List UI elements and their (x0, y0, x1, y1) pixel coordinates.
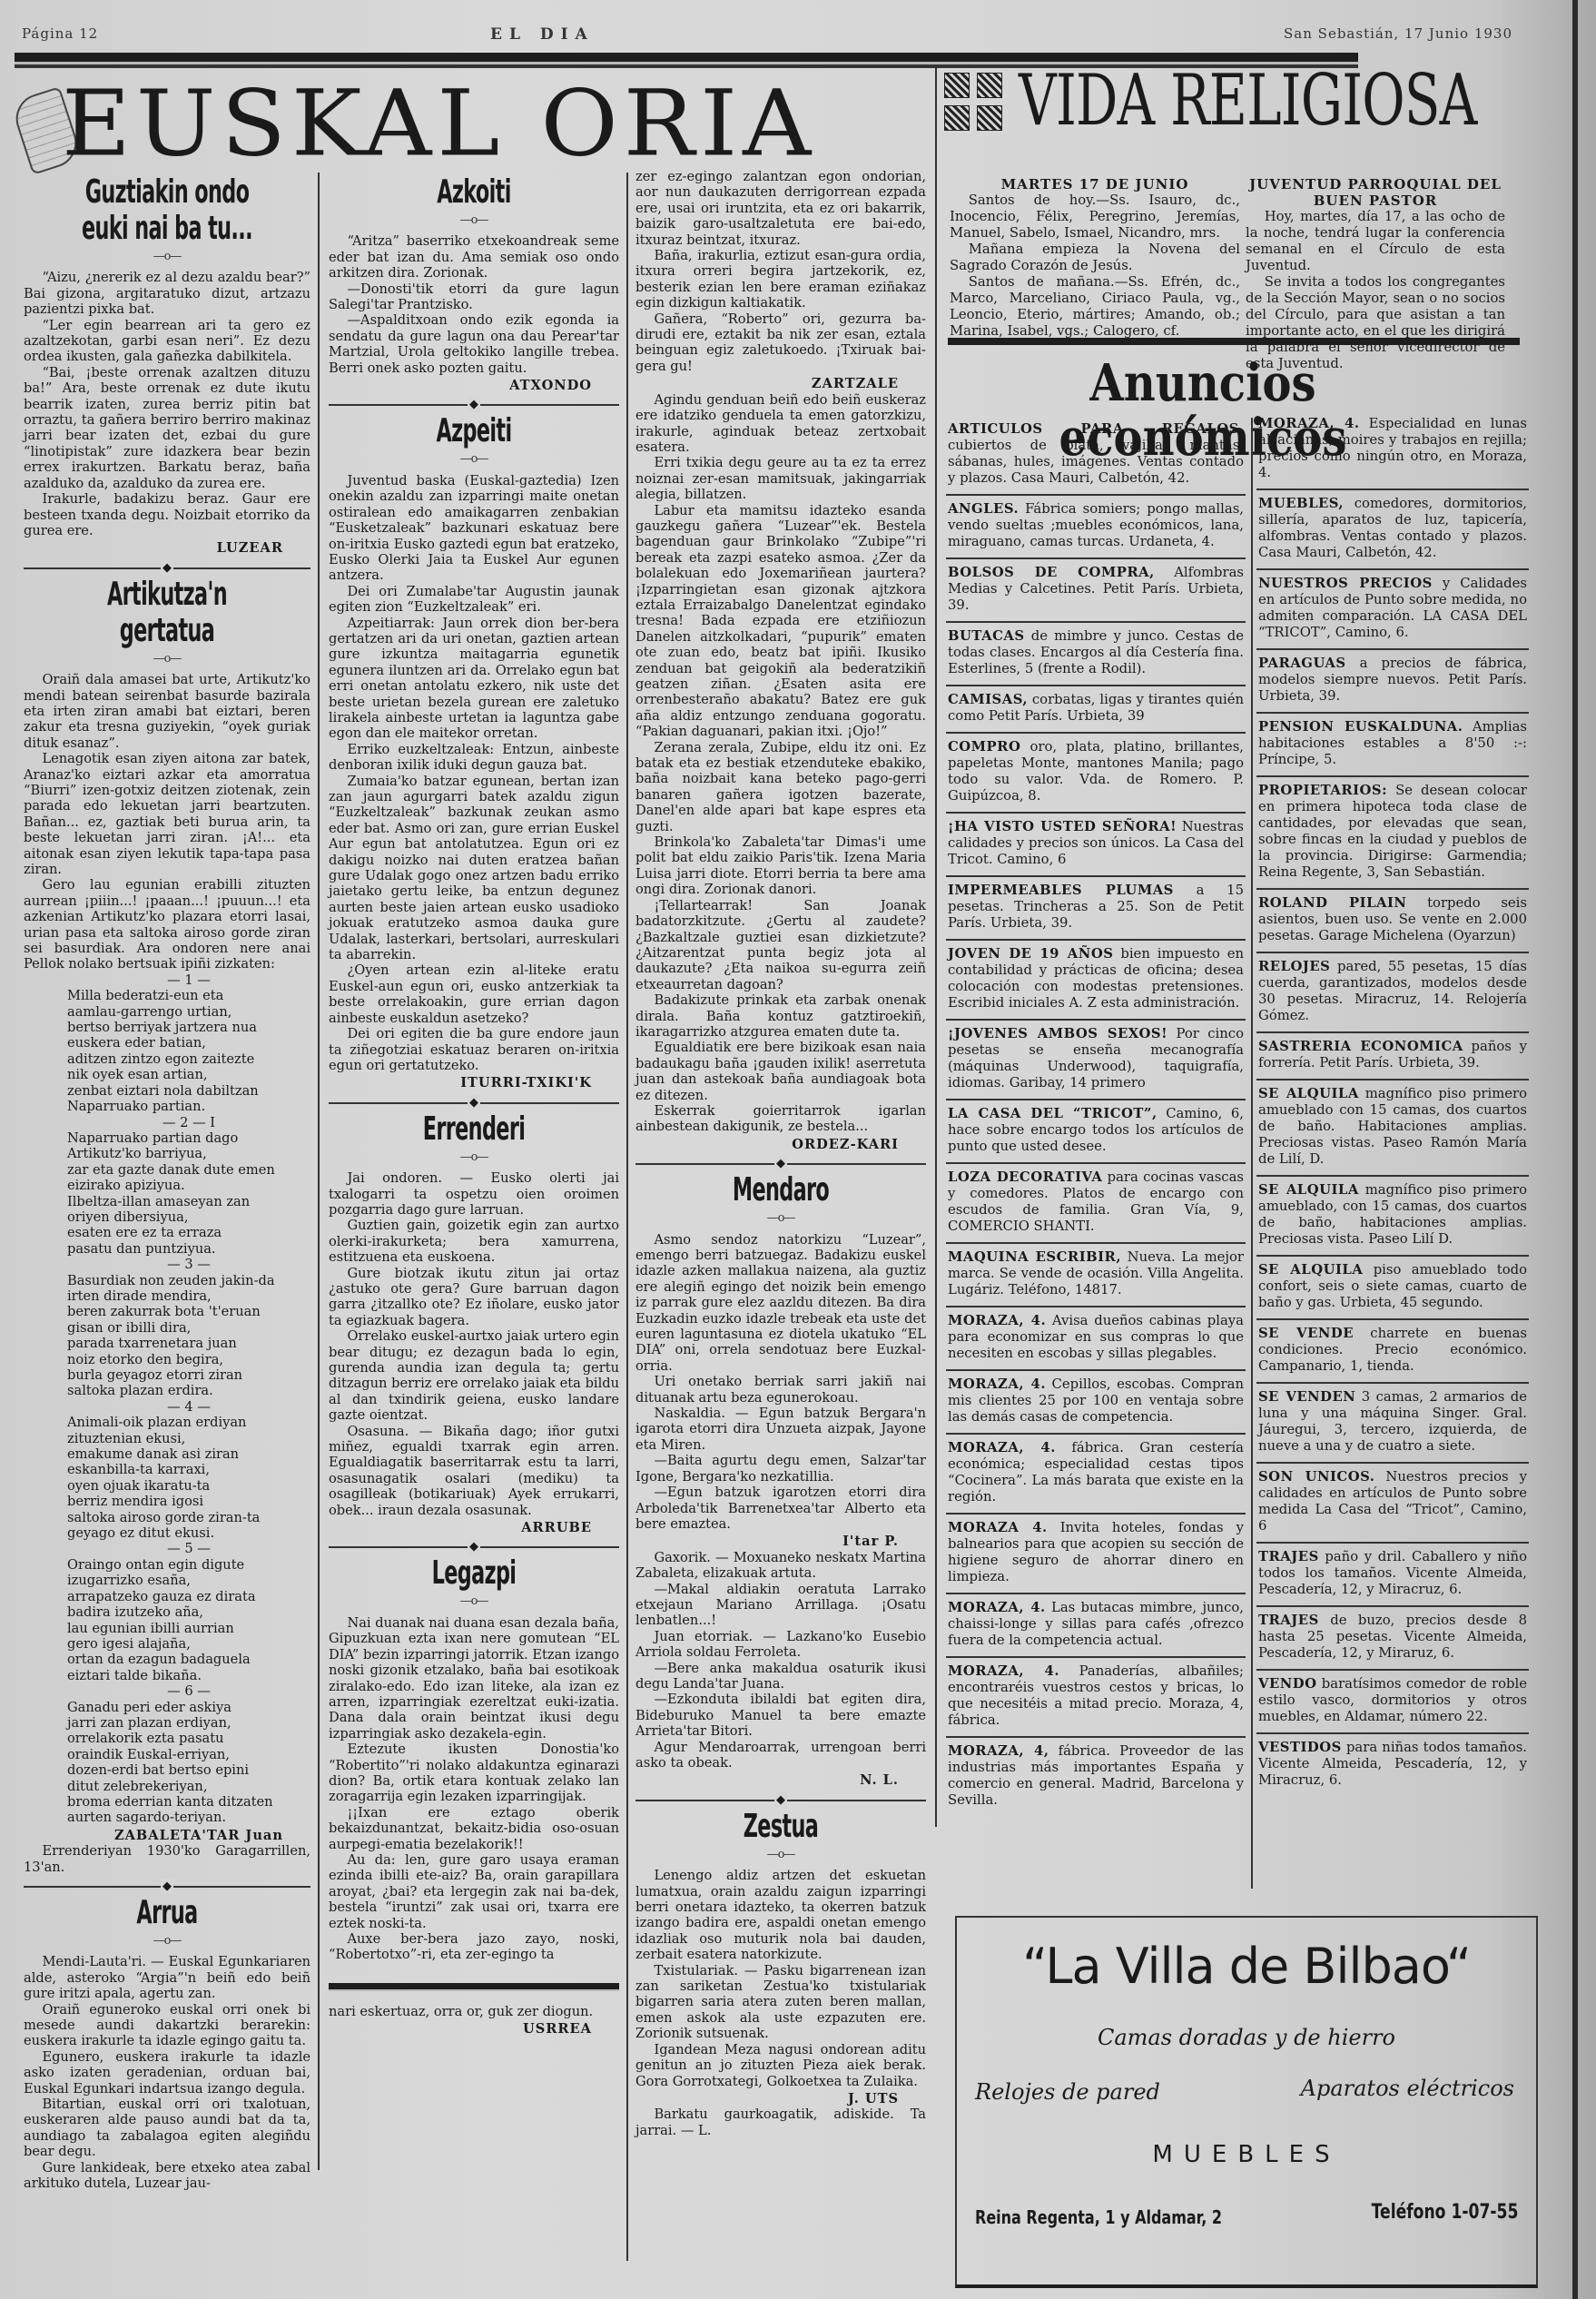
verse-line: Oraingo ontan egin digute (67, 1557, 310, 1573)
classified-ad: MAQUINA ESCRIBIR, Nueva. La mejor marca.… (946, 1244, 1246, 1307)
article-body: Lenengo aldiz artzen det eskuetan lumatx… (635, 1868, 926, 2089)
paragraph: Igandean Meza nagusi ondorean aditu geni… (635, 2042, 926, 2089)
section-title: VIDA RELIGIOSA (1019, 60, 1477, 142)
paragraph: Santos de mañana.—Ss. Efrén, dc., Marco,… (950, 274, 1240, 340)
ad-lead: MUEBLES, (1258, 496, 1344, 511)
classified-ad: MORAZA, 4. Especialidad en lunas alsacia… (1256, 410, 1529, 490)
verse-line: saltoka plazan erdira. (67, 1383, 310, 1398)
ad-lead: ¡JOVENES AMBOS SEXOS! (948, 1026, 1167, 1041)
ad-lead: LOZA DECORATIVA (948, 1169, 1102, 1185)
verse-number: — 2 — I (67, 1115, 310, 1130)
ad-lead: SE ALQUILA (1258, 1086, 1359, 1101)
paragraph: —Aspalditxoan ondo ezik egonda ia sendat… (329, 312, 619, 376)
article-body: Nai duanak nai duana esan dezala baña, G… (329, 1615, 619, 1963)
ad-lead: MORAZA, 4. (948, 1313, 1046, 1328)
verse-line: zituztenian ekusi, (67, 1431, 310, 1446)
paragraph: Zumaia'ko batzar egunean, bertan izan za… (329, 774, 619, 963)
verse-line: zar eta gazte danak dute emen (67, 1162, 310, 1178)
verse-line: noiz etorko den begira, (67, 1352, 310, 1367)
ornament: —o— (329, 1149, 619, 1165)
ad-lead: MORAZA, 4. (948, 1376, 1046, 1392)
signature: ATXONDO (329, 378, 619, 393)
ad-lead: LA CASA DEL “TRICOT”, (948, 1106, 1158, 1121)
divider (329, 1546, 619, 1548)
article-body: Mendi-Lauta'ri. — Euskal Egunkariaren al… (24, 1954, 310, 2191)
ad-text: cubiertos de plata, vajilla., mantas, sá… (948, 438, 1244, 486)
ad-lead: MAQUINA ESCRIBIR, (948, 1249, 1121, 1265)
classified-ad: MORAZA, 4. Panaderías, albañiles; encont… (946, 1658, 1246, 1738)
ad-lead: SON UNICOS. (1258, 1469, 1374, 1485)
verse-line: Naparruako partian. (67, 1099, 310, 1114)
verse-line: esaten ere ez ta erraza (67, 1225, 310, 1240)
verse-line: geyago ez ditut ekusi. (67, 1525, 310, 1541)
paragraph: Oraiñ eguneroko euskal orri onek bi mese… (24, 2002, 310, 2049)
ad-lead: MORAZA, 4. (948, 1440, 1056, 1455)
divider (329, 404, 619, 406)
column-rule (935, 65, 937, 1827)
ad-line: MUEBLES (957, 2141, 1536, 2168)
ornament: —o— (329, 451, 619, 467)
ornament: —o— (24, 1933, 310, 1949)
paragraph: Mendi-Lauta'ri. — Euskal Egunkariaren al… (24, 1954, 310, 2001)
display-ad-la-villa-de-bilbao: “La Villa de Bilbao“ Camas doradas y de … (955, 1916, 1538, 2288)
verse-line: aditzen zintzo egon zaitezte (67, 1051, 310, 1067)
paragraph: Gure lankideak, bere etxeko atea zabal a… (24, 2160, 310, 2192)
verse-line: oriyen dibersiyua, (67, 1209, 310, 1225)
signature: ARRUBE (329, 1520, 619, 1535)
classified-ad: TRAJES paño y dril. Caballero y niño tod… (1256, 1544, 1529, 1607)
paragraph: Egunero, euskera irakurle ta idazle asko… (24, 2049, 310, 2097)
classified-ad: ROLAND PILAIN torpedo seis asientos, bue… (1256, 890, 1529, 953)
article-body: zer ez-egingo zalantzan egon ondorian, a… (635, 169, 926, 374)
classified-ad: ¡HA VISTO USTED SEÑORA! Nuestras calidad… (946, 814, 1246, 877)
classified-ad: MORAZA, 4. fábrica. Gran cestería económ… (946, 1435, 1246, 1515)
ornament: —o— (635, 1210, 926, 1226)
ad-lead: SE ALQUILA (1258, 1182, 1359, 1198)
ad-lead: SASTRERIA ECONOMICA (1258, 1039, 1463, 1054)
classified-ad: MORAZA, 4. Las butacas mimbre, junco, ch… (946, 1594, 1246, 1658)
euskal-oria-masthead: EUSKAL ORIA (13, 71, 921, 171)
ad-lead: VENDO (1258, 1676, 1317, 1692)
paragraph: ¿Oyen artean ezin al-liteke eratu Euskel… (329, 962, 619, 1026)
notice-body: Hoy, martes, día 17, a las ocho de la no… (1246, 209, 1505, 372)
classified-ad: MORAZA 4. Invita hoteles, fondas y balne… (946, 1515, 1246, 1594)
classified-ad: BUTACAS de mimbre y junco. Cestas de tod… (946, 623, 1246, 686)
classified-ad: PROPIETARIOS: Se desean colocar en prime… (1256, 777, 1529, 890)
verse-line: ditut zelebrekeriyan, (67, 1779, 310, 1794)
verse-line: irten dirade mendira, (67, 1288, 310, 1304)
verse-line: zenbat eiztari nola dabiltzan (67, 1083, 310, 1099)
paragraph: Gure biotzak ikutu zitun jai ortaz ¿astu… (329, 1266, 619, 1329)
paragraph: Agur Mendaroarrak, urrengoan berri asko … (635, 1740, 926, 1771)
religious-notice-left: MARTES 17 DE JUNIO Santos de hoy.—Ss. Is… (950, 176, 1240, 340)
paper-name: EL DIA (490, 25, 595, 44)
paragraph: “Aizu, ¿nererik ez al dezu azaldu bear?”… (24, 270, 310, 317)
ad-brand: “La Villa de Bilbao“ (957, 1938, 1536, 1995)
signature: USRREA (329, 2021, 619, 2037)
vida-religiosa-masthead: VIDA RELIGIOSA (944, 64, 1371, 163)
ad-lead: BOLSOS DE COMPRA, (948, 565, 1155, 580)
signature: ITURRI-TXIKI'K (329, 1075, 619, 1090)
divider (24, 1886, 310, 1888)
signature: LUZEAR (24, 540, 310, 556)
paragraph: Dei ori Zumalabe'tar Augustin jaunak egi… (329, 584, 619, 616)
classified-ad: ANGLES. Fábrica somiers; pongo mallas, v… (946, 496, 1246, 559)
page-number: Página 12 (22, 25, 98, 42)
classified-ad: VENDO baratísimos comedor de roble estil… (1256, 1671, 1529, 1734)
verse-line: badira izutzeko aña, (67, 1604, 310, 1620)
verse-line: Milla bederatzi-eun eta (67, 988, 310, 1003)
verse-line: dozen-erdi bat bertso epini (67, 1762, 310, 1778)
verse-line: ortan da ezagun badaguela (67, 1652, 310, 1667)
paragraph: Juventud baska (Euskal-gaztedia) Izen on… (329, 473, 619, 584)
ad-address: Reina Regenta, 1 y Aldamar, 2 (975, 2206, 1222, 2228)
paragraph: Brinkola'ko Zabaleta'tar Dimas'i ume pol… (635, 834, 926, 898)
paragraph: Au da: len, gure garo usaya eraman ezind… (329, 1852, 619, 1931)
verse-line: parada txarrenetara juan (67, 1336, 310, 1351)
paragraph: Zerana zerala, Zubipe, eldu itz oni. Ez … (635, 740, 926, 834)
article-body: Juventud baska (Euskal-gaztedia) Izen on… (329, 473, 619, 1073)
verse-line: Animali-oik plazan erdiyan (67, 1415, 310, 1430)
ad-lead: CAMISAS, (948, 692, 1028, 707)
verse-line: arrapatzeko gauza ez dirata (67, 1589, 310, 1604)
verse-line: eiztari talde bikaña. (67, 1668, 310, 1683)
paragraph: Hoy, martes, día 17, a las ocho de la no… (1246, 209, 1505, 274)
verse-number: — 5 — (67, 1541, 310, 1556)
paragraph: Osasuna. — Bikaña dago; iñor gutxi miñez… (329, 1424, 619, 1518)
article-footer: Errenderiyan 1930'ko Garagarrillen, 13'a… (24, 1843, 310, 1875)
signature: J. UTS (635, 2091, 926, 2107)
article-continuation: nari eskertuaz, orra or, guk zer diogun. (329, 2004, 619, 2019)
classified-ad: SE ALQUILA magnífico piso primero amuebl… (1256, 1080, 1529, 1177)
classified-ad: VESTIDOS para niñas todos tamaños. Vicen… (1256, 1734, 1529, 1796)
ad-lead: TRAJES (1258, 1613, 1319, 1628)
paragraph: Auxe ber-bera jazo zayo, noski, “Roberto… (329, 1931, 619, 1963)
ad-lead: ANGLES. (948, 501, 1019, 517)
ad-lead: PENSION EUSKALDUNA. (1258, 719, 1463, 735)
ad-phone: Teléfono 1-07-55 (1371, 2201, 1518, 2224)
headline: Arrua (78, 1895, 256, 1931)
paragraph: Erriko euzkeltzaleak: Entzun, ainbeste d… (329, 742, 619, 774)
notice-body: Santos de hoy.—Ss. Isauro, dc., Inocenci… (950, 192, 1240, 340)
verse-line: emakume danak asi ziran (67, 1446, 310, 1462)
paragraph: —Ezkonduta ibilaldi bat egiten dira, Bid… (635, 1692, 926, 1739)
notice-heading: MARTES 17 DE JUNIO (950, 176, 1240, 192)
verse-line: aamlau-garrengo urtian, (67, 1004, 310, 1020)
ad-lead: VESTIDOS (1258, 1740, 1342, 1755)
classified-ad: LOZA DECORATIVA para cocinas vascas y co… (946, 1164, 1246, 1244)
ad-lead: ARTICULOS PARA REGALOS, (948, 421, 1244, 437)
headline: Artikutza'n gertatua (78, 577, 256, 649)
classified-ad: MORAZA, 4. Cepillos, escobas. Compran mi… (946, 1371, 1246, 1435)
verse-line: Ganadu peri eder askiya (67, 1700, 310, 1715)
classified-ad: LA CASA DEL “TRICOT”, Camino, 6, hace so… (946, 1100, 1246, 1164)
article-body: Agindu genduan beiñ edo beiñ euskeraz er… (635, 392, 926, 1135)
classified-ad: ARTICULOS PARA REGALOS, cubiertos de pla… (946, 416, 1246, 496)
paragraph: Gañera, “Roberto” ori, gezurra ba-dirudi… (635, 311, 926, 375)
classified-ad: IMPERMEABLES PLUMAS a 15 pesetas. Trinch… (946, 877, 1246, 941)
notice-heading: JUVENTUD PARROQUIAL DEL BUEN PASTOR (1246, 176, 1505, 209)
classified-ad: CAMISAS, corbatas, ligas y tirantes quié… (946, 686, 1246, 734)
paragraph: ¡Tellartearrak! San Joanak badatorzkitzu… (635, 898, 926, 992)
paragraph: —Donosti'tik etorri da gure lagun Salegi… (329, 281, 619, 313)
paragraph: Lenagotik esan ziyen aitona zar batek, A… (24, 751, 310, 877)
headline: Mendaro (691, 1172, 871, 1209)
verse-line: berriz mendira igosi (67, 1494, 310, 1509)
verse-line: eizirako apiziyua. (67, 1178, 310, 1193)
verse-line: aurten sagardo-teriyan. (67, 1810, 310, 1825)
paragraph: Lenengo aldiz artzen det eskuetan lumatx… (635, 1868, 926, 1962)
paragraph: —Baita agurtu degu emen, Salzar'tar Igon… (635, 1453, 926, 1485)
headline: Legazpi (384, 1555, 564, 1592)
classifieds-right: MORAZA, 4. Especialidad en lunas alsacia… (1256, 410, 1529, 1796)
ad-lead: MORAZA 4. (948, 1520, 1048, 1535)
paragraph: “Bai, ¡beste orrenak azaltzen dituzu ba!… (24, 365, 310, 491)
signature: ZARTZALE (635, 376, 926, 391)
classified-ad: SE VENDEN 3 camas, 2 armarios de luna y … (1256, 1384, 1529, 1464)
classified-ad: TRAJES de buzo, precios desde 8 hasta 25… (1256, 1607, 1529, 1671)
verse-number: — 1 — (67, 972, 310, 988)
ad-line: Camas doradas y de hierro (957, 2025, 1536, 2050)
paragraph: Asmo sendoz natorkizu “Luzear”, emengo b… (635, 1232, 926, 1375)
paragraph: Dei ori egiten die ba gure endore jaun t… (329, 1026, 619, 1073)
verse-line: oyen ojuak ikaratu-ta (67, 1478, 310, 1494)
column-3: zer ez-egingo zalantzan egon ondorian, a… (635, 169, 926, 2138)
paragraph: Agindu genduan beiñ edo beiñ euskeraz er… (635, 392, 926, 456)
paragraph: “Aritza” baserriko etxekoandreak seme ed… (329, 233, 619, 281)
divider (24, 567, 310, 569)
verse-number: — 6 — (67, 1683, 310, 1699)
paragraph: Erri txikia degu geure au ta ez ta errez… (635, 455, 926, 502)
signature: ORDEZ-KARI (635, 1137, 926, 1152)
ornament: —o— (24, 249, 310, 264)
page-edge-shadow (1572, 0, 1578, 2299)
verse-line: gero igesi alajaña, (67, 1636, 310, 1652)
classified-ad: ¡JOVENES AMBOS SEXOS! Por cinco pesetas … (946, 1021, 1246, 1100)
classifieds-left: ARTICULOS PARA REGALOS, cubiertos de pla… (946, 416, 1246, 1816)
column-rule (1251, 418, 1253, 1889)
verse-line: Basurdiak non zeuden jakin-da (67, 1273, 310, 1288)
column-2: Azkoiti —o— “Aritza” baserriko etxekoand… (329, 169, 619, 2038)
paragraph: “Ler egin bearrean ari ta gero ez azaltz… (24, 318, 310, 365)
verse-line: Naparruako partian dago (67, 1130, 310, 1146)
classified-ad: NUESTROS PRECIOS y Calidades en artículo… (1256, 570, 1529, 650)
paragraph: Santos de hoy.—Ss. Isauro, dc., Inocenci… (950, 192, 1240, 242)
ad-lead: BUTACAS (948, 628, 1025, 644)
headline: Azkoiti (384, 174, 564, 211)
cross-ornament-icon (944, 73, 1008, 136)
ornament: —o— (329, 212, 619, 228)
classified-ad: BOLSOS DE COMPRA, Alfombras Medias y Cal… (946, 559, 1246, 623)
headline: Guztiakin ondo euki nai ba tu... (78, 174, 256, 247)
verse-line: Ilbeltza-illan amaseyan zan (67, 1194, 310, 1209)
paragraph: Gero lau egunian erabilli zituzten aurre… (24, 877, 310, 972)
verse-line: izugarrizko esaña, (67, 1573, 310, 1588)
ad-lead: COMPRO (948, 739, 1020, 755)
paragraph: Orrelako euskel-aurtxo jaiak urtero egin… (329, 1328, 619, 1423)
signature: ZABALETA'TAR Juan (24, 1828, 310, 1843)
classified-ad: SON UNICOS. Nuestros precios y calidades… (1256, 1464, 1529, 1544)
verse-line: bertso berriyak jartzera nua (67, 1020, 310, 1035)
column-1: Guztiakin ondo euki nai ba tu... —o— “Ai… (24, 169, 310, 2192)
verse-line: saltoka airoso gorde ziran-ta (67, 1510, 310, 1525)
headline: Zestua (691, 1809, 871, 1845)
classified-ad: PENSION EUSKALDUNA. Amplias habitaciones… (1256, 714, 1529, 777)
paragraph: Txistulariak. — Pasku bigarrenean izan z… (635, 1963, 926, 2042)
section-title: EUSKAL ORIA (62, 78, 816, 169)
ad-lead: SE ALQUILA (1258, 1262, 1363, 1278)
paragraph: Nai duanak nai duana esan dezala baña, G… (329, 1615, 619, 1742)
paragraph: Oraiñ dala amasei bat urte, Artikutz'ko … (24, 672, 310, 751)
ad-lead: MORAZA, 4. (948, 1600, 1046, 1615)
ad-lead: TRAJES (1258, 1549, 1319, 1564)
verse-number: — 4 — (67, 1399, 310, 1415)
verse-line: Artikutz'ko barriyua, (67, 1146, 310, 1161)
verse-line: orrelakorik ezta pasatu (67, 1731, 310, 1746)
classified-ad: SE ALQUILA piso amueblado todo confort, … (1256, 1257, 1529, 1320)
ad-lead: JOVEN DE 19 AÑOS (948, 946, 1113, 962)
paragraph: Eztezute ikusten Donostia'ko “Robertito”… (329, 1742, 619, 1805)
verse-line: burla geyagoz etorri ziran (67, 1367, 310, 1383)
classified-ad: MORAZA, 4, fábrica. Proveedor de las ind… (946, 1738, 1246, 1816)
classified-ad: MORAZA, 4. Avisa dueños cabinas playa pa… (946, 1307, 1246, 1371)
column-rule (626, 173, 628, 2261)
column-rule (318, 173, 320, 2170)
headline: Errenderi (384, 1111, 564, 1148)
ad-lead: ¡HA VISTO USTED SEÑORA! (948, 819, 1177, 834)
classified-ad: MUEBLES, comedores, dormitorios, sillerí… (1256, 490, 1529, 570)
paragraph: Eskerrak goierritarrok igarlan ainbestea… (635, 1103, 926, 1135)
signature: I'tar P. (635, 1534, 926, 1549)
paragraph: ¡¡Ixan ere eztago oberik bekaizdunantzat… (329, 1805, 619, 1852)
classified-ad: SE ALQUILA magnífico piso primero amuebl… (1256, 1177, 1529, 1257)
paragraph: Irakurle, badakizu beraz. Gaur ere beste… (24, 491, 310, 538)
article-body: Asmo sendoz natorkizu “Luzear”, emengo b… (635, 1232, 926, 1533)
verse-line: gisan or ibilli dira, (67, 1320, 310, 1336)
article-body: “Aritza” baserriko etxekoandreak seme ed… (329, 233, 619, 376)
ad-lead: SE VENDEN (1258, 1389, 1355, 1405)
paragraph: Uri onetako berriak sarri jakiñ nai ditu… (635, 1374, 926, 1406)
article-body: Jai ondoren. — Eusko olerti jai txalogar… (329, 1170, 619, 1518)
paragraph: Gaxorik. — Moxuaneko neskatx Martina Zab… (635, 1550, 926, 1582)
ornament: —o— (635, 1847, 926, 1862)
ad-lead: MORAZA, 4. (948, 1663, 1059, 1679)
paragraph: Naskaldia. — Egun batzuk Bergara'n igaro… (635, 1406, 926, 1453)
classified-ad: COMPRO oro, plata, platino, brillantes, … (946, 734, 1246, 814)
divider (329, 1102, 619, 1104)
paragraph: Badakizute prinkak eta zarbak onenak dir… (635, 992, 926, 1040)
paragraph: zer ez-egingo zalantzan egon ondorian, a… (635, 169, 926, 248)
paragraph: Egualdiatik ere bere bizikoak esan naia … (635, 1040, 926, 1103)
ad-line: Relojes de pared (975, 2079, 1160, 2105)
ad-lead: ROLAND PILAIN (1258, 895, 1406, 911)
ad-lead: PARAGUAS (1258, 656, 1346, 671)
article-body: “Aizu, ¿nererik ez al dezu azaldu bear?”… (24, 270, 310, 538)
signature: N. L. (635, 1772, 926, 1788)
classified-ad: JOVEN DE 19 AÑOS bien impuesto en contab… (946, 941, 1246, 1021)
newspaper-page: Página 12 EL DIA San Sebastián, 17 Junio… (0, 0, 1596, 2299)
verse-line: euskera eder batian, (67, 1035, 310, 1051)
verse-line: jarri zan plazan erdiyan, (67, 1715, 310, 1731)
verse-line: broma ederrian kanta ditzaten (67, 1794, 310, 1810)
verse-line: beren zakurrak bota 't'eruan (67, 1304, 310, 1319)
classified-ad: RELOJES pared, 55 pesetas, 15 días cuerd… (1256, 953, 1529, 1033)
paragraph: Juan etorriak. — Lazkano'ko Eusebio Arri… (635, 1629, 926, 1661)
ornament: —o— (329, 1594, 619, 1609)
paragraph: Mañana empieza la Novena del Sagrado Cor… (950, 242, 1240, 274)
ad-lead: PROPIETARIOS: (1258, 783, 1387, 798)
ornament: —o— (24, 651, 310, 666)
ad-lead: MORAZA, 4. (1258, 416, 1359, 431)
ad-lead: RELOJES (1258, 959, 1330, 974)
ad-lead: IMPERMEABLES PLUMAS (948, 883, 1174, 898)
ad-lead: NUESTROS PRECIOS (1258, 576, 1433, 591)
black-rule (329, 1983, 619, 1991)
classified-ad: SASTRERIA ECONOMICA paños y forrería. Pe… (1256, 1033, 1529, 1080)
paragraph: —Bere anka makaldua osaturik ikusi degu … (635, 1661, 926, 1692)
article-body: Gaxorik. — Moxuaneko neskatx Martina Zab… (635, 1550, 926, 1771)
verse-line: pasatu dan puntziyua. (67, 1241, 310, 1257)
paragraph: —Egun batzuk igarotzen etorri dira Arbol… (635, 1485, 926, 1532)
paragraph: Bitartian, euskal orri ori txalotuan, eu… (24, 2097, 310, 2160)
verse-line: nik oyek esan artian, (67, 1067, 310, 1082)
verse-line: oraindik Euskal-erriyan, (67, 1747, 310, 1762)
classified-ad: SE VENDE charrete en buenas condiciones.… (1256, 1320, 1529, 1384)
ad-line: Aparatos eléctricos (1301, 2076, 1514, 2101)
paragraph: Azpeitiarrak: Jaun orrek dion ber-bera g… (329, 616, 619, 742)
verse-line: eskanbilla-ta karraxi, (67, 1462, 310, 1477)
verse-list: — 1 —Milla bederatzi-eun etaaamlau-garre… (24, 972, 310, 1826)
dateline: San Sebastián, 17 Junio 1930 (1284, 25, 1512, 42)
classified-ad: PARAGUAS a precios de fábrica, modelos s… (1256, 650, 1529, 714)
section-rule (948, 338, 1520, 345)
paragraph: Guztien gain, goizetik egin zan aurtxo o… (329, 1218, 619, 1265)
article-footer: Barkatu gaurkoagatik, adiskide. Ta jarra… (635, 2107, 926, 2138)
ad-lead: SE VENDE (1258, 1326, 1354, 1341)
ad-lead: MORAZA, 4, (948, 1743, 1049, 1759)
headline: Azpeiti (384, 413, 564, 449)
divider (635, 1800, 926, 1801)
paragraph: Baña, irakurlia, eztizut esan-gura ordia… (635, 248, 926, 311)
paragraph: —Makal aldiakin oeratuta Larrako etxejau… (635, 1582, 926, 1629)
paragraph: Jai ondoren. — Eusko olerti jai txalogar… (329, 1170, 619, 1218)
verse-line: lau egunian ibilli aurrian (67, 1621, 310, 1636)
article-body: Oraiñ dala amasei bat urte, Artikutz'ko … (24, 672, 310, 972)
verse-number: — 3 — (67, 1257, 310, 1272)
divider (635, 1163, 926, 1165)
paragraph: Labur eta mamitsu idazteko esanda gauzke… (635, 503, 926, 740)
